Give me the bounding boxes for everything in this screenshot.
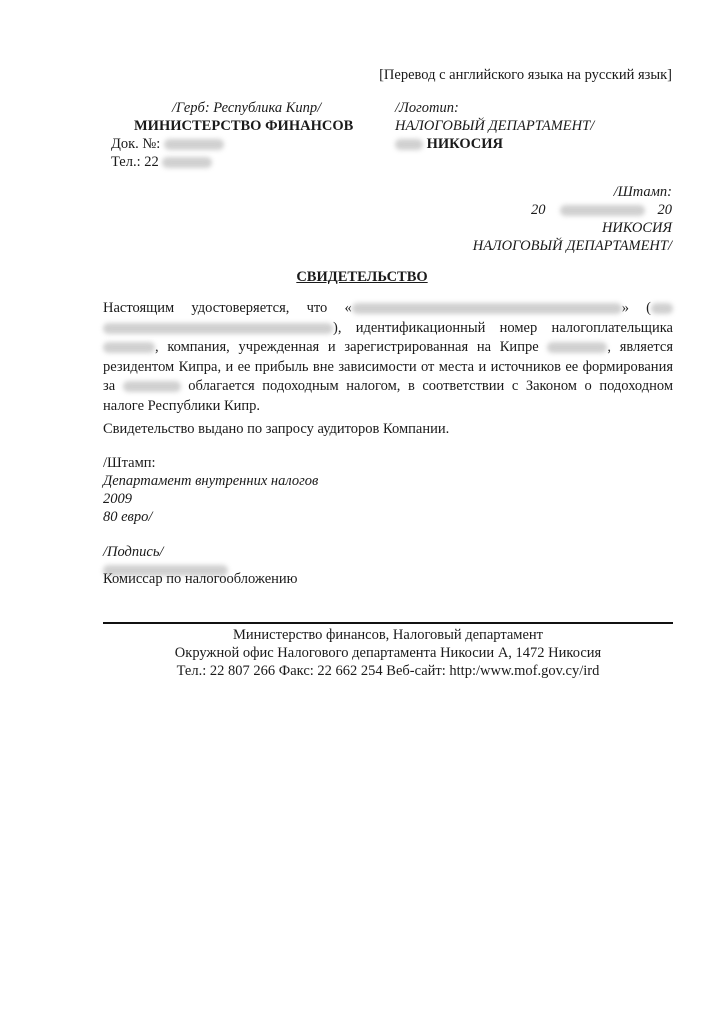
redacted-stamp-date — [560, 205, 645, 216]
issued-on-request-text: Свидетельство выдано по запросу аудиторо… — [103, 421, 449, 438]
certificate-paragraph: Настоящим удостоверяется, что «» ( ), ид… — [103, 299, 673, 416]
footer-line-2: Окружной офис Налогового департамента Ни… — [103, 644, 673, 662]
bottom-stamp-label: /Штамп: — [103, 455, 156, 472]
text-fragment: облагается подоходным налогом, в соответ… — [188, 378, 673, 394]
redacted-year — [123, 381, 181, 392]
signature-label: /Подпись/ — [103, 544, 163, 561]
stamp-date-suffix: 20 — [658, 202, 673, 219]
bottom-stamp-fee: 80 евро/ — [103, 509, 152, 526]
footer: Министерство финансов, Налоговый департа… — [103, 626, 673, 680]
redacted-company-alt-name — [651, 303, 673, 314]
text-fragment: , компания, учрежденная и зарегистрирова… — [155, 339, 539, 355]
redacted-registration-date — [547, 342, 607, 353]
redacted-tax-id — [103, 342, 155, 353]
text-fragment: » ( — [622, 300, 651, 316]
translation-note: [Перевод с английского языка на русский … — [379, 67, 672, 84]
redacted-postcode — [395, 139, 423, 150]
text-fragment: , является — [607, 339, 673, 355]
redacted-company-alt-name-cont — [103, 323, 333, 334]
tax-department-label: НАЛОГОВЫЙ ДЕПАРТАМЕНТ/ — [395, 118, 594, 135]
paragraph-line-6: налоге Республики Кипр. — [103, 397, 673, 417]
stamp-date-prefix: 20 — [531, 202, 546, 219]
text-fragment: за — [103, 378, 115, 394]
city-name: НИКОСИЯ — [427, 136, 503, 152]
stamp-department: НАЛОГОВЫЙ ДЕПАРТАМЕНТ/ — [473, 238, 672, 255]
paragraph-line-1: Настоящим удостоверяется, что «» ( — [103, 299, 673, 319]
logo-label: /Логотип: — [395, 100, 459, 117]
stamp-city: НИКОСИЯ — [602, 220, 672, 237]
phone-label: Тел.: 22 — [111, 154, 159, 170]
paragraph-line-5: за облагается подоходным налогом, в соот… — [103, 377, 673, 397]
footer-divider — [103, 622, 673, 624]
redacted-phone — [162, 157, 212, 168]
footer-line-3: Тел.: 22 807 266 Факс: 22 662 254 Веб-са… — [103, 662, 673, 680]
coat-of-arms-label: /Герб: Республика Кипр/ — [172, 100, 321, 117]
doc-number-label: Док. №: — [111, 136, 160, 152]
redacted-company-name — [352, 303, 622, 314]
bottom-stamp-department: Департамент внутренних налогов — [103, 473, 318, 490]
paragraph-line-2: ), идентификационный номер налогоплатель… — [103, 319, 673, 339]
bottom-stamp-year: 2009 — [103, 491, 132, 508]
city-line: НИКОСИЯ — [395, 136, 503, 153]
footer-line-1: Министерство финансов, Налоговый департа… — [103, 626, 673, 644]
text-fragment: Настоящим удостоверяется, что « — [103, 300, 352, 316]
paragraph-line-4: резидентом Кипра, и ее прибыль вне завис… — [103, 358, 673, 378]
redacted-doc-number — [164, 139, 224, 150]
stamp-label: /Штамп: — [614, 184, 672, 201]
phone: Тел.: 22 — [111, 154, 212, 171]
doc-number: Док. №: — [111, 136, 224, 153]
text-fragment: ), идентификационный номер налогоплатель… — [333, 320, 673, 336]
paragraph-line-3: , компания, учрежденная и зарегистрирова… — [103, 338, 673, 358]
ministry-name: МИНИСТЕРСТВО ФИНАНСОВ — [134, 118, 353, 135]
document-title: СВИДЕТЕЛЬСТВО — [0, 269, 724, 286]
signatory-title: Комиссар по налогообложению — [103, 571, 298, 588]
